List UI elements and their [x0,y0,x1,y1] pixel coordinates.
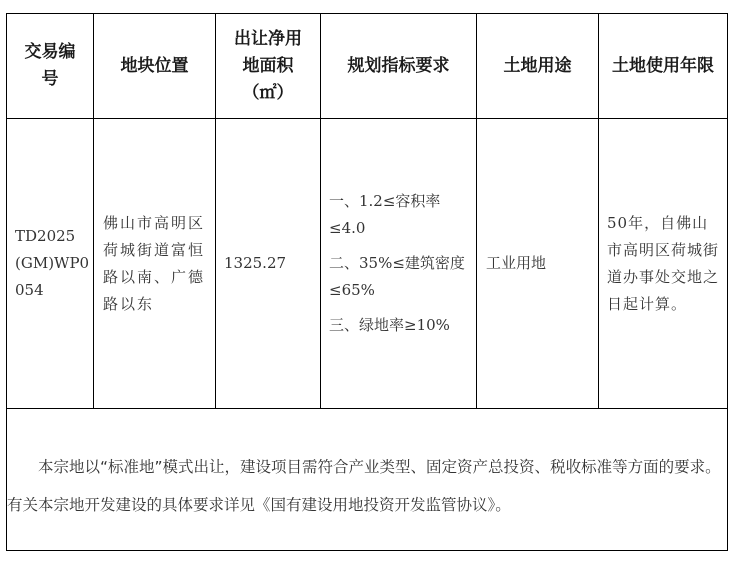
trade-no-line3: 054 [15,277,93,304]
header-area: 出让净用 地面积 （㎡） [216,14,321,119]
table-row: TD2025 (GM)WP0 054 佛山市高明区荷城街道富恒路以南、广德路以东… [7,119,728,409]
cell-planning-requirements: 一、1.2≤容积率≤4.0 二、35%≤建筑密度≤65% 三、绿地率≥10% [321,119,477,409]
cell-use-term: 50年，自佛山市高明区荷城街道办事处交地之日起计算。 [599,119,728,409]
cell-land-use: 工业用地 [477,119,599,409]
requirement-floor-area-ratio: 一、1.2≤容积率≤4.0 [329,188,470,242]
cell-area: 1325.27 [216,119,321,409]
cell-location: 佛山市高明区荷城街道富恒路以南、广德路以东 [94,119,216,409]
header-trade-no-line2: 号 [7,66,93,93]
header-row: 交易编 号 地块位置 出让净用 地面积 （㎡） 规划指标要求 土地用途 土地使用… [7,14,728,119]
header-area-line3: （㎡） [216,80,320,107]
header-area-line1: 出让净用 [216,26,320,53]
header-use-term: 土地使用年限 [599,14,728,119]
note-cell: 本宗地以“标准地”模式出让，建设项目需符合产业类型、固定资产总投资、税收标准等方… [7,409,728,551]
header-location: 地块位置 [94,14,216,119]
requirement-green-ratio: 三、绿地率≥10% [329,312,470,339]
cell-trade-no: TD2025 (GM)WP0 054 [7,119,94,409]
requirement-building-density: 二、35%≤建筑密度≤65% [329,250,470,304]
header-trade-no-line1: 交易编 [7,39,93,66]
note-row: 本宗地以“标准地”模式出让，建设项目需符合产业类型、固定资产总投资、税收标准等方… [7,409,728,551]
header-area-line2: 地面积 [216,53,320,80]
trade-no-line1: TD2025 [15,223,93,250]
land-transfer-table: 交易编 号 地块位置 出让净用 地面积 （㎡） 规划指标要求 土地用途 土地使用… [6,13,728,551]
header-planning-requirements: 规划指标要求 [321,14,477,119]
header-trade-no: 交易编 号 [7,14,94,119]
header-land-use: 土地用途 [477,14,599,119]
trade-no-line2: (GM)WP0 [15,250,93,277]
note-text: 本宗地以“标准地”模式出让，建设项目需符合产业类型、固定资产总投资、税收标准等方… [7,448,727,524]
